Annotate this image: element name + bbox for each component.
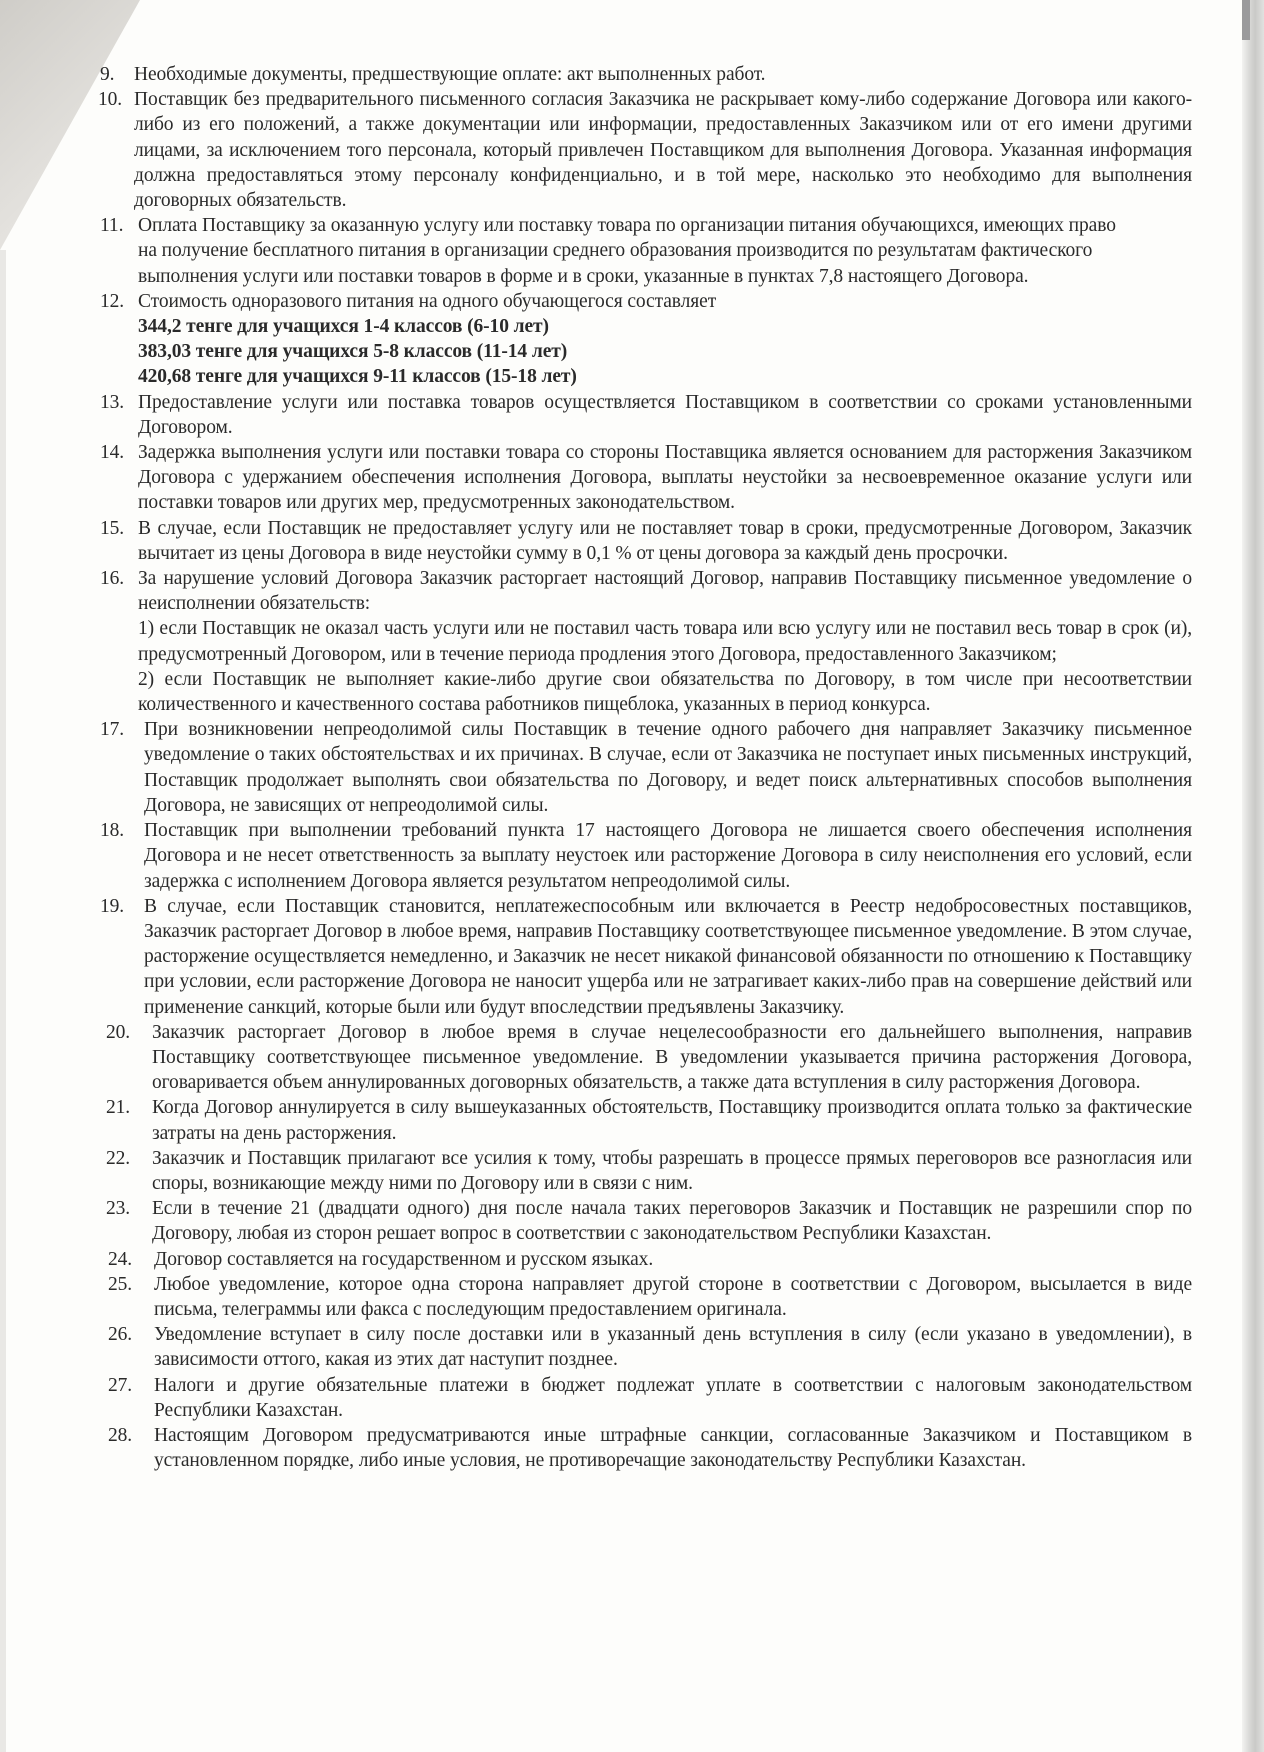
clause-text: В случае, если Поставщик становится, неп…	[144, 894, 1192, 1020]
scan-left-edge	[0, 250, 6, 1752]
clause-27: 27. Налоги и другие обязательные платежи…	[108, 1373, 1192, 1423]
scan-right-mark	[1242, 0, 1250, 40]
clause-11: 11. Оплата Поставщику за оказанную услуг…	[100, 213, 1192, 289]
clause-text: Поставщик при выполнении требований пунк…	[144, 818, 1192, 894]
clause-number: 19.	[100, 894, 124, 919]
clause-22: 22. Заказчик и Поставщик прилагают все у…	[106, 1146, 1192, 1196]
price-grade-1-4: 344,2 тенге для учащихся 1-4 классов (6-…	[138, 314, 1192, 339]
clause-number: 17.	[100, 717, 124, 742]
clause-number: 14.	[100, 440, 124, 465]
clause-17: 17. При возникновении непреодолимой силы…	[100, 717, 1192, 818]
clause-text: Когда Договор аннулируется в силу вышеук…	[152, 1095, 1192, 1145]
clause-21: 21. Когда Договор аннулируется в силу вы…	[106, 1095, 1192, 1145]
clause-23: 23. Если в течение 21 (двадцати одного) …	[106, 1196, 1192, 1246]
clause-20: 20. Заказчик расторгает Договор в любое …	[106, 1020, 1192, 1096]
subclause-2: 2) если Поставщик не выполняет какие-либ…	[138, 667, 1192, 717]
clause-text: Стоимость одноразового питания на одного…	[138, 289, 1192, 314]
clause-14: 14. Задержка выполнения услуги или поста…	[100, 440, 1192, 516]
clause-9: 9. Необходимые документы, предшествующие…	[100, 62, 1192, 87]
clause-text: Настоящим Договором предусматриваются ин…	[154, 1423, 1192, 1473]
clause-number: 18.	[100, 818, 124, 843]
clause-19: 19. В случае, если Поставщик становится,…	[100, 894, 1192, 1020]
clause-number: 25.	[108, 1272, 132, 1297]
clause-10: 10. Поставщик без предварительного письм…	[100, 87, 1192, 213]
clause-15: 15. В случае, если Поставщик не предоста…	[100, 516, 1192, 566]
clause-text: Если в течение 21 (двадцати одного) дня …	[152, 1196, 1192, 1246]
clause-text: Заказчик и Поставщик прилагают все усили…	[152, 1146, 1192, 1196]
clause-number: 27.	[108, 1373, 132, 1398]
clause-number: 13.	[100, 390, 124, 415]
clause-text: Необходимые документы, предшествующие оп…	[134, 62, 1192, 87]
clause-text: Договор составляется на государственном …	[154, 1247, 1192, 1272]
clause-number: 10.	[98, 87, 122, 112]
clause-number: 26.	[108, 1322, 132, 1347]
clause-25: 25. Любое уведомление, которое одна стор…	[108, 1272, 1192, 1322]
clause-text: Оплата Поставщику за оказанную услугу ил…	[138, 213, 1138, 289]
price-grade-9-11: 420,68 тенге для учащихся 9-11 классов (…	[138, 364, 1192, 389]
clause-number: 20.	[106, 1020, 130, 1045]
clause-number: 23.	[106, 1196, 130, 1221]
price-grade-5-8: 383,03 тенге для учащихся 5-8 классов (1…	[138, 339, 1192, 364]
clause-number: 12.	[100, 289, 124, 314]
clause-text: При возникновении непреодолимой силы Пос…	[144, 717, 1192, 818]
clause-number: 21.	[106, 1095, 130, 1120]
contract-page: 9. Необходимые документы, предшествующие…	[100, 62, 1192, 1473]
clause-text: Заказчик расторгает Договор в любое врем…	[152, 1020, 1192, 1096]
clause-text: Налоги и другие обязательные платежи в б…	[154, 1373, 1192, 1423]
clause-12: 12. Стоимость одноразового питания на од…	[100, 289, 1192, 390]
clause-number: 15.	[100, 516, 124, 541]
clause-number: 16.	[100, 566, 124, 591]
clause-24: 24. Договор составляется на государствен…	[108, 1247, 1192, 1272]
clause-number: 28.	[108, 1423, 132, 1448]
clause-13: 13. Предоставление услуги или поставка т…	[100, 390, 1192, 440]
clause-18: 18. Поставщик при выполнении требований …	[100, 818, 1192, 894]
clause-text: Задержка выполнения услуги или поставки …	[138, 440, 1192, 516]
scan-right-edge	[1242, 0, 1264, 1752]
clause-text: Уведомление вступает в силу после достав…	[154, 1322, 1192, 1372]
clause-number: 11.	[100, 213, 123, 238]
clause-number: 9.	[100, 62, 114, 87]
clause-26: 26. Уведомление вступает в силу после до…	[108, 1322, 1192, 1372]
clause-number: 22.	[106, 1146, 130, 1171]
clause-text: В случае, если Поставщик не предоставляе…	[138, 516, 1192, 566]
clause-16: 16. За нарушение условий Договора Заказч…	[100, 566, 1192, 717]
clause-text: Поставщик без предварительного письменно…	[134, 87, 1192, 213]
clause-text: Предоставление услуги или поставка товар…	[138, 390, 1192, 440]
clause-number: 24.	[108, 1247, 132, 1272]
clause-text: Любое уведомление, которое одна сторона …	[154, 1272, 1192, 1322]
subclause-1: 1) если Поставщик не оказал часть услуги…	[138, 616, 1192, 666]
clause-text: За нарушение условий Договора Заказчик р…	[138, 566, 1192, 616]
clause-28: 28. Настоящим Договором предусматриваютс…	[108, 1423, 1192, 1473]
